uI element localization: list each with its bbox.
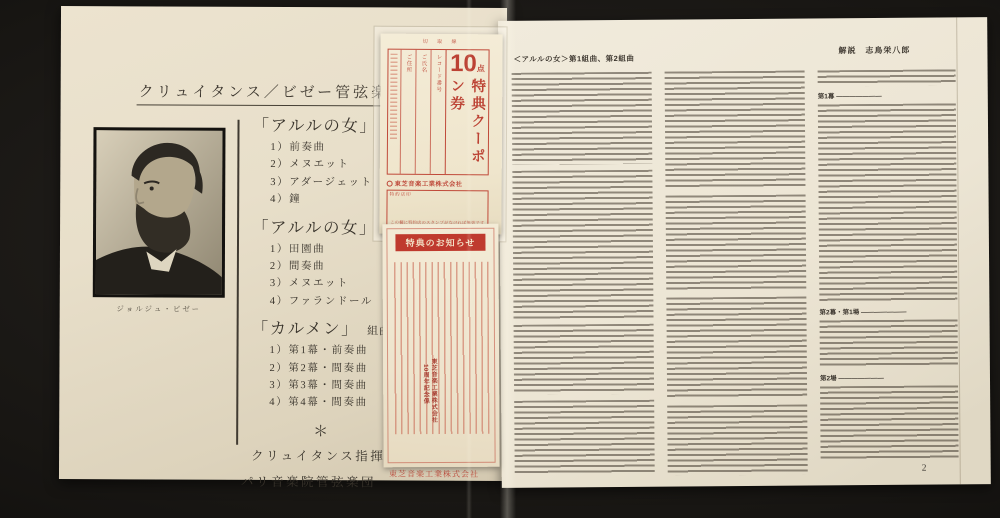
liner-notes-page: ＜アルルの女＞第1組曲、第2組曲 解説 志鳥栄八郎 第1幕 ――――――― 第2… [498,17,991,488]
notice-slip: 特典のお知らせ 東芝音楽工業株式会社 10周年記念係 [382,224,499,468]
fine-print-column [388,50,401,174]
record-number-label: レコード番号 [434,54,442,93]
coupon-slip: 切 取 線 レコード番号 ご氏名 ご住所 10点 特典クーポン券 [379,34,502,235]
notice-company-bold: 東芝音楽工業株式会社 [429,358,438,423]
suite-title: 「アルルの女」 [252,116,377,136]
bizet-portrait [93,127,226,298]
scene-heading: 第2幕・第1場 ――――――― [819,307,957,317]
dealer-stamp-box: 特約店印 この欄に特約店のスタンプがなければ無効です [386,190,488,229]
notes-byline: 解説 志鳥栄八郎 [838,45,910,57]
body-paragraph [820,385,959,460]
notes-header: ＜アルルの女＞第1組曲、第2組曲 [513,53,634,65]
body-paragraph [512,72,653,165]
body-paragraph [818,69,956,86]
body-paragraph [514,324,655,395]
notice-heading: 特典のお知らせ [395,234,485,251]
body-text-column: 第1幕 ――――――― 第2幕・第1場 ――――――― 第2場 ――――――― [818,69,959,472]
name-field: ご氏名 [415,50,431,174]
portrait-engraving [96,130,223,295]
body-paragraph [512,170,653,319]
suite-title: 「カルメン」 [252,319,360,338]
body-paragraph [666,297,807,400]
scene-heading: 第2場 ――――――― [820,373,958,383]
record-number-field: レコード番号 [430,50,446,174]
body-paragraph [818,103,958,302]
body-paragraph [665,71,806,190]
body-paragraph [514,400,655,475]
photo-background: クリュイタンス／ビゼー管弦楽曲選集 [0,0,1000,518]
suite-title: 「アルルの女」 [252,217,377,237]
coupon-title: 特典クーポン券 [446,78,489,174]
coupon-company: 東芝音楽工業株式会社 [395,181,463,188]
dealer-stamp-label: 特約店印 [390,192,412,198]
page-number: 2 [922,464,927,474]
address-label: ご住所 [404,54,412,74]
toshiba-logo-icon [387,181,393,187]
address-field: ご住所 [400,50,416,174]
vertical-divider [236,120,239,445]
points-unit: 点 [477,64,485,73]
body-text-column [512,72,655,475]
scene-heading: 第1幕 ――――――― [818,91,956,101]
coupon-form: レコード番号 ご氏名 ご住所 [388,50,447,174]
coupon-frame: レコード番号 ご氏名 ご住所 10点 特典クーポン券 [387,49,490,176]
body-text-column [665,71,808,474]
body-paragraph [820,319,958,368]
cut-line-label: 切 取 線 [381,38,503,46]
notice-body-text [393,260,490,456]
name-label: ご氏名 [419,54,427,74]
notice-section-bold: 10周年記念係 [421,364,430,404]
body-paragraph [666,195,807,292]
coupon-value-area: 10点 特典クーポン券 [446,50,489,174]
body-paragraph [667,405,808,476]
publisher-imprint: 東芝音楽工業株式会社 [389,468,479,479]
portrait-caption: ジョルジュ・ビゼー [93,303,225,315]
points-value: 10 [450,50,477,77]
